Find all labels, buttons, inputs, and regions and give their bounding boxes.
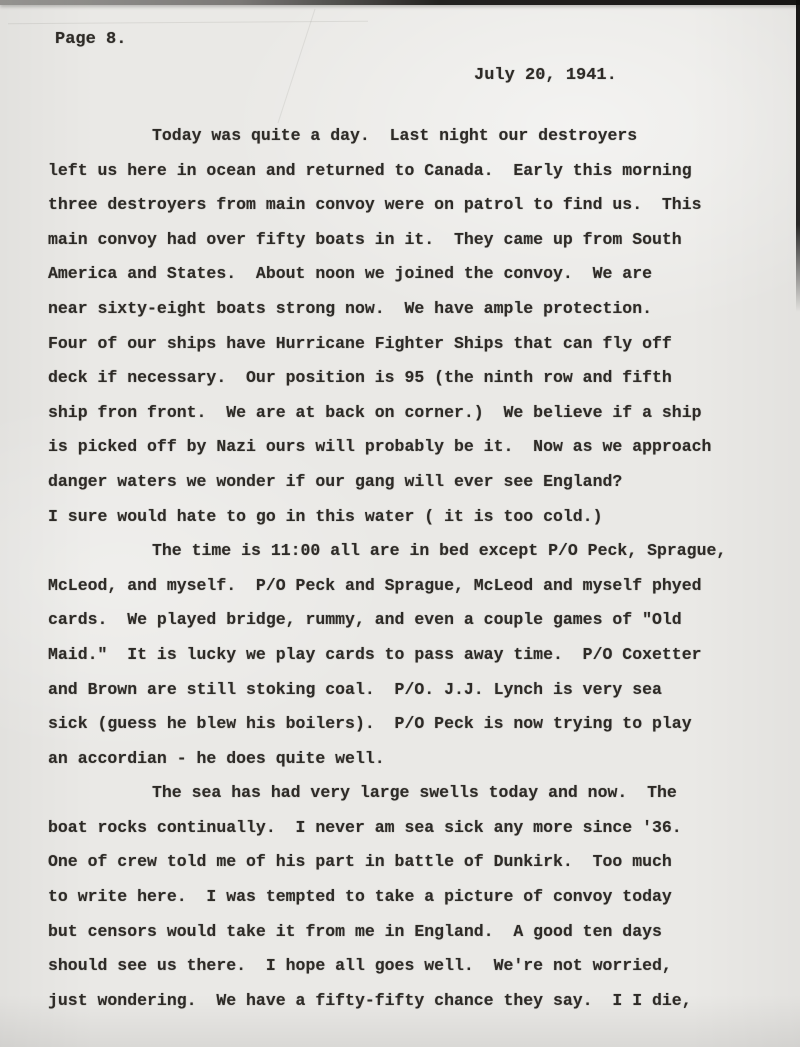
scan-edge-right [796, 0, 800, 312]
text-line: but censors would take it from me in Eng… [48, 915, 726, 950]
text-line: and Brown are still stoking coal. P/O. J… [48, 673, 726, 708]
text-line: Today was quite a day. Last night our de… [48, 119, 726, 154]
date-line: July 20, 1941. [474, 66, 617, 85]
text-line: The sea has had very large swells today … [48, 776, 726, 811]
text-line: to write here. I was tempted to take a p… [48, 880, 726, 915]
paper-crease [277, 9, 315, 123]
text-line: ship fron front. We are at back on corne… [48, 396, 726, 431]
text-line: left us here in ocean and returned to Ca… [48, 154, 726, 189]
text-line: sick (guess he blew his boilers). P/O Pe… [48, 707, 726, 742]
text-line: should see us there. I hope all goes wel… [48, 949, 726, 984]
scanned-page: Page 8. July 20, 1941. Today was quite a… [0, 0, 800, 1047]
text-line: cards. We played bridge, rummy, and even… [48, 603, 726, 638]
page-number: Page 8. [55, 30, 126, 49]
text-line: deck if necessary. Our position is 95 (t… [48, 361, 726, 396]
text-line: Maid." It is lucky we play cards to pass… [48, 638, 726, 673]
scan-edge-top [0, 0, 800, 5]
text-line: Four of our ships have Hurricane Fighter… [48, 327, 726, 362]
typewritten-lines: Today was quite a day. Last night our de… [48, 119, 726, 1018]
text-line: boat rocks continually. I never am sea s… [48, 811, 726, 846]
text-line: McLeod, and myself. P/O Peck and Sprague… [48, 569, 726, 604]
text-line: danger waters we wonder if our gang will… [48, 465, 726, 500]
paper-crease [8, 21, 368, 25]
text-line: One of crew told me of his part in battl… [48, 845, 726, 880]
text-line: near sixty-eight boats strong now. We ha… [48, 292, 726, 327]
text-line: just wondering. We have a fifty-fifty ch… [48, 984, 726, 1019]
text-line: main convoy had over fifty boats in it. … [48, 223, 726, 258]
text-line: is picked off by Nazi ours will probably… [48, 430, 726, 465]
text-line: three destroyers from main convoy were o… [48, 188, 726, 223]
text-line: America and States. About noon we joined… [48, 257, 726, 292]
text-line: I sure would hate to go in this water ( … [48, 500, 726, 535]
text-line: an accordian - he does quite well. [48, 742, 726, 777]
text-line: The time is 11:00 all are in bed except … [48, 534, 726, 569]
